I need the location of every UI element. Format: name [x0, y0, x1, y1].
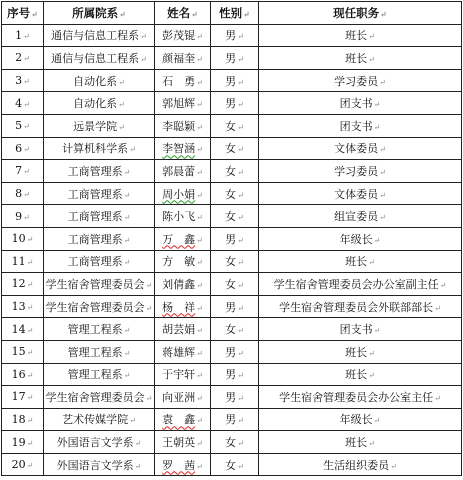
cell-name-text: 罗 茜 — [162, 459, 195, 472]
cell-no-text: 11 — [12, 255, 26, 268]
cell-dept-text: 工商管理系 — [68, 210, 123, 223]
cell-name: 袁 鑫↵ — [155, 408, 211, 431]
cell-name: 方 敏↵ — [155, 250, 211, 273]
paragraph-mark-icon: ↵ — [374, 326, 381, 335]
paragraph-mark-icon: ↵ — [237, 304, 244, 313]
cell-gender-text: 男 — [225, 368, 236, 381]
cell-dept: 计算机科学系↵ — [44, 137, 155, 160]
cell-name: 蒋雄辉↵ — [155, 340, 211, 363]
cell-position: 年级长↵ — [259, 227, 462, 250]
paragraph-mark-icon: ↵ — [27, 348, 34, 357]
paragraph-mark-icon: ↵ — [27, 235, 34, 244]
cell-position: 班长↵ — [259, 250, 462, 273]
cell-dept-text: 工商管理系 — [68, 165, 123, 178]
cell-position-text: 年级长 — [340, 413, 373, 426]
paragraph-mark-icon: ↵ — [196, 55, 203, 64]
cell-name-text: 胡芸娟 — [162, 323, 195, 336]
paragraph-mark-icon: ↵ — [237, 145, 244, 154]
cell-name-text: 周小娟 — [162, 188, 195, 201]
paragraph-mark-icon: ↵ — [135, 439, 142, 448]
paragraph-mark-icon: ↵ — [124, 258, 131, 267]
cell-no: 14↵ — [2, 318, 44, 341]
cell-dept-text: 管理工程系 — [68, 368, 123, 381]
paragraph-mark-icon: ↵ — [27, 258, 34, 267]
paragraph-mark-icon: ↵ — [196, 304, 203, 313]
table-row: 13↵学生宿舍管理委员会↵杨 祥↵男↵学生宿舍管理委员会外联部部长↵ — [2, 295, 462, 318]
cell-gender: 女↵ — [211, 250, 259, 273]
cell-dept-text: 工商管理系 — [68, 255, 123, 268]
paragraph-mark-icon: ↵ — [237, 394, 244, 403]
cell-gender: 女↵ — [211, 137, 259, 160]
cell-position-text: 班长 — [345, 368, 367, 381]
cell-position-text: 年级长 — [340, 233, 373, 246]
cell-position: 文体委员↵ — [259, 137, 462, 160]
cell-no-text: 19 — [12, 436, 26, 449]
cell-position-text: 学生宿舍管理委员会办公室副主任 — [274, 278, 439, 291]
cell-no: 19↵ — [2, 431, 44, 454]
cell-dept: 外国语言文学系↵ — [44, 431, 155, 454]
cell-name: 于宇轩↵ — [155, 363, 211, 386]
paragraph-mark-icon: ↵ — [368, 439, 375, 448]
paragraph-mark-icon: ↵ — [129, 416, 136, 425]
paragraph-mark-icon: ↵ — [118, 123, 125, 132]
paragraph-mark-icon: ↵ — [196, 349, 203, 358]
cell-no: 12↵ — [2, 273, 44, 296]
paragraph-mark-icon: ↵ — [196, 439, 203, 448]
cell-name: 向亚洲↵ — [155, 386, 211, 409]
cell-name: 李智涵↵ — [155, 137, 211, 160]
cell-dept-text: 学生宿舍管理委员会 — [46, 301, 145, 314]
table-row: 6↵计算机科学系↵李智涵↵女↵文体委员↵ — [2, 137, 462, 160]
table-row: 18↵艺术传媒学院↵袁 鑫↵男↵年级长↵ — [2, 408, 462, 431]
paragraph-mark-icon: ↵ — [196, 145, 203, 154]
paragraph-mark-icon: ↵ — [191, 9, 198, 19]
cell-position: 组宣委员↵ — [259, 205, 462, 228]
cell-dept-text: 计算机科学系 — [62, 142, 128, 155]
cell-no-text: 9 — [15, 210, 22, 223]
cell-dept-text: 自动化系 — [73, 97, 117, 110]
paragraph-mark-icon: ↵ — [23, 167, 30, 176]
cell-name: 杨 祥↵ — [155, 295, 211, 318]
header-dept: 所属院系↵ — [44, 2, 155, 25]
cell-no: 3↵ — [2, 69, 44, 92]
cell-gender-text: 男 — [225, 52, 236, 65]
cell-name-text: 颜福奎 — [162, 52, 195, 65]
paragraph-mark-icon: ↵ — [237, 416, 244, 425]
paragraph-mark-icon: ↵ — [196, 213, 203, 222]
cell-no: 9↵ — [2, 205, 44, 228]
paragraph-mark-icon: ↵ — [196, 123, 203, 132]
paragraph-mark-icon: ↵ — [237, 236, 244, 245]
cell-position-text: 班长 — [345, 255, 367, 268]
cell-dept: 管理工程系↵ — [44, 363, 155, 386]
cell-name-text: 袁 鑫 — [162, 413, 195, 426]
paragraph-mark-icon: ↵ — [119, 9, 126, 19]
student-officers-table: 序号↵ 所属院系↵ 姓名↵ 性别↵ 现任职务↵ 1↵通信与信息工程系↵彭茂锟↵男… — [1, 1, 462, 476]
cell-no-text: 15 — [12, 345, 26, 358]
paragraph-mark-icon: ↵ — [124, 191, 131, 200]
cell-position-text: 文体委员 — [334, 142, 378, 155]
paragraph-mark-icon: ↵ — [243, 9, 250, 19]
paragraph-mark-icon: ↵ — [23, 77, 30, 86]
cell-gender: 男↵ — [211, 386, 259, 409]
cell-no-text: 10 — [12, 232, 26, 245]
cell-gender-text: 女 — [225, 255, 236, 268]
paragraph-mark-icon: ↵ — [27, 393, 34, 402]
cell-dept-text: 外国语言文学系 — [57, 436, 134, 449]
cell-dept: 自动化系↵ — [44, 92, 155, 115]
cell-no: 10↵ — [2, 227, 44, 250]
cell-no: 2↵ — [2, 47, 44, 70]
cell-position: 班长↵ — [259, 340, 462, 363]
cell-gender: 男↵ — [211, 47, 259, 70]
cell-dept-text: 艺术传媒学院 — [62, 413, 128, 426]
cell-position-text: 生活组织委员 — [323, 459, 389, 472]
cell-name: 万 鑫↵ — [155, 227, 211, 250]
cell-position: 文体委员↵ — [259, 182, 462, 205]
paragraph-mark-icon: ↵ — [380, 9, 387, 19]
cell-name-text: 万 鑫 — [162, 233, 195, 246]
cell-position-text: 团支书 — [340, 323, 373, 336]
cell-name: 王朝英↵ — [155, 431, 211, 454]
paragraph-mark-icon: ↵ — [196, 326, 203, 335]
paragraph-mark-icon: ↵ — [196, 191, 203, 200]
paragraph-mark-icon: ↵ — [237, 123, 244, 132]
cell-position-text: 班长 — [345, 52, 367, 65]
cell-name-text: 李聪颖 — [162, 120, 195, 133]
cell-name-text: 方 敏 — [162, 255, 195, 268]
paragraph-mark-icon: ↵ — [196, 371, 203, 380]
table-row: 3↵自动化系↵石 勇↵男↵学习委员↵ — [2, 69, 462, 92]
cell-no: 5↵ — [2, 114, 44, 137]
table-row: 19↵外国语言文学系↵王朝英↵女↵班长↵ — [2, 431, 462, 454]
cell-no: 15↵ — [2, 340, 44, 363]
table-row: 20↵外国语言文学系↵罗 茜↵女↵生活组织委员↵ — [2, 453, 462, 476]
table-row: 8↵工商管理系↵周小娟↵女↵文体委员↵ — [2, 182, 462, 205]
cell-dept: 工商管理系↵ — [44, 227, 155, 250]
paragraph-mark-icon: ↵ — [237, 78, 244, 87]
cell-no: 8↵ — [2, 182, 44, 205]
paragraph-mark-icon: ↵ — [237, 371, 244, 380]
header-row: 序号↵ 所属院系↵ 姓名↵ 性别↵ 现任职务↵ — [2, 2, 462, 25]
cell-gender-text: 男 — [225, 413, 236, 426]
paragraph-mark-icon: ↵ — [237, 191, 244, 200]
cell-gender-text: 男 — [225, 346, 236, 359]
paragraph-mark-icon: ↵ — [379, 191, 386, 200]
paragraph-mark-icon: ↵ — [146, 304, 153, 313]
cell-dept: 工商管理系↵ — [44, 250, 155, 273]
paragraph-mark-icon: ↵ — [379, 145, 386, 154]
cell-position-text: 学生宿舍管理委员会外联部部长 — [279, 301, 433, 314]
cell-name: 李聪颖↵ — [155, 114, 211, 137]
paragraph-mark-icon: ↵ — [374, 416, 381, 425]
table-row: 16↵管理工程系↵于宇轩↵男↵班长↵ — [2, 363, 462, 386]
cell-position-text: 学习委员 — [334, 75, 378, 88]
paragraph-mark-icon: ↵ — [140, 55, 147, 64]
cell-dept: 管理工程系↵ — [44, 340, 155, 363]
cell-dept: 工商管理系↵ — [44, 182, 155, 205]
cell-name-text: 蒋雄辉 — [162, 346, 195, 359]
cell-no-text: 3 — [15, 74, 22, 87]
paragraph-mark-icon: ↵ — [27, 371, 34, 380]
cell-gender: 男↵ — [211, 363, 259, 386]
cell-no-text: 2 — [15, 51, 22, 64]
cell-no-text: 7 — [15, 164, 22, 177]
paragraph-mark-icon: ↵ — [368, 349, 375, 358]
cell-gender-text: 男 — [225, 301, 236, 314]
paragraph-mark-icon: ↵ — [124, 213, 131, 222]
paragraph-mark-icon: ↵ — [196, 258, 203, 267]
cell-no-text: 12 — [12, 277, 26, 290]
paragraph-mark-icon: ↵ — [379, 213, 386, 222]
paragraph-mark-icon: ↵ — [379, 168, 386, 177]
cell-dept-text: 通信与信息工程系 — [51, 52, 139, 65]
paragraph-mark-icon: ↵ — [27, 280, 34, 289]
cell-no: 4↵ — [2, 92, 44, 115]
cell-dept: 学生宿舍管理委员会↵ — [44, 273, 155, 296]
paragraph-mark-icon: ↵ — [124, 371, 131, 380]
cell-dept: 学生宿舍管理委员会↵ — [44, 386, 155, 409]
paragraph-mark-icon: ↵ — [118, 100, 125, 109]
paragraph-mark-icon: ↵ — [124, 168, 131, 177]
paragraph-mark-icon: ↵ — [129, 145, 136, 154]
cell-name-text: 陈小飞 — [162, 210, 195, 223]
cell-no-text: 20 — [12, 458, 26, 471]
cell-dept-text: 自动化系 — [73, 75, 117, 88]
cell-dept: 学生宿舍管理委员会↵ — [44, 295, 155, 318]
paragraph-mark-icon: ↵ — [434, 394, 441, 403]
cell-gender: 男↵ — [211, 69, 259, 92]
paragraph-mark-icon: ↵ — [23, 32, 30, 41]
cell-dept-text: 学生宿舍管理委员会 — [46, 278, 145, 291]
cell-position-text: 团支书 — [340, 120, 373, 133]
table-row: 1↵通信与信息工程系↵彭茂锟↵男↵班长↵ — [2, 24, 462, 47]
table-row: 15↵管理工程系↵蒋雄辉↵男↵班长↵ — [2, 340, 462, 363]
paragraph-mark-icon: ↵ — [124, 349, 131, 358]
cell-name-text: 石 勇 — [162, 75, 195, 88]
cell-dept-text: 学生宿舍管理委员会 — [46, 391, 145, 404]
cell-name: 胡芸娟↵ — [155, 318, 211, 341]
cell-gender-text: 男 — [225, 29, 236, 42]
paragraph-mark-icon: ↵ — [23, 190, 30, 199]
cell-no: 6↵ — [2, 137, 44, 160]
cell-position-text: 组宣委员 — [334, 210, 378, 223]
cell-name: 周小娟↵ — [155, 182, 211, 205]
header-position: 现任职务↵ — [259, 2, 462, 25]
cell-gender-text: 女 — [225, 165, 236, 178]
cell-gender-text: 女 — [225, 459, 236, 472]
cell-position: 班长↵ — [259, 431, 462, 454]
cell-gender-text: 男 — [225, 391, 236, 404]
cell-position-text: 文体委员 — [334, 188, 378, 201]
cell-gender-text: 女 — [225, 436, 236, 449]
paragraph-mark-icon: ↵ — [196, 416, 203, 425]
paragraph-mark-icon: ↵ — [27, 416, 34, 425]
paragraph-mark-icon: ↵ — [27, 439, 34, 448]
paragraph-mark-icon: ↵ — [237, 213, 244, 222]
cell-no-text: 1 — [15, 29, 22, 42]
paragraph-mark-icon: ↵ — [196, 100, 203, 109]
cell-gender: 女↵ — [211, 114, 259, 137]
cell-gender: 男↵ — [211, 24, 259, 47]
paragraph-mark-icon: ↵ — [135, 462, 142, 471]
paragraph-mark-icon: ↵ — [140, 32, 147, 41]
paragraph-mark-icon: ↵ — [27, 303, 34, 312]
cell-gender-text: 女 — [225, 278, 236, 291]
cell-no: 13↵ — [2, 295, 44, 318]
cell-no: 18↵ — [2, 408, 44, 431]
cell-gender-text: 女 — [225, 142, 236, 155]
cell-gender: 女↵ — [211, 273, 259, 296]
paragraph-mark-icon: ↵ — [237, 326, 244, 335]
cell-position-text: 班长 — [345, 29, 367, 42]
cell-name-text: 王朝英 — [162, 436, 195, 449]
cell-name-text: 刘倩鑫 — [162, 278, 195, 291]
cell-gender: 女↵ — [211, 431, 259, 454]
table-row: 4↵自动化系↵郭旭辉↵男↵团支书↵ — [2, 92, 462, 115]
table-row: 5↵远景学院↵李聪颖↵女↵团支书↵ — [2, 114, 462, 137]
cell-name: 陈小飞↵ — [155, 205, 211, 228]
paragraph-mark-icon: ↵ — [434, 304, 441, 313]
paragraph-mark-icon: ↵ — [23, 54, 30, 63]
paragraph-mark-icon: ↵ — [237, 462, 244, 471]
table-row: 9↵工商管理系↵陈小飞↵女↵组宣委员↵ — [2, 205, 462, 228]
cell-gender: 男↵ — [211, 92, 259, 115]
cell-dept-text: 远景学院 — [73, 120, 117, 133]
cell-position: 班长↵ — [259, 363, 462, 386]
cell-no-text: 13 — [12, 300, 26, 313]
paragraph-mark-icon: ↵ — [237, 349, 244, 358]
paragraph-mark-icon: ↵ — [146, 281, 153, 290]
cell-name-text: 彭茂锟 — [162, 29, 195, 42]
cell-name: 郭晨蕾↵ — [155, 160, 211, 183]
cell-position: 团支书↵ — [259, 114, 462, 137]
paragraph-mark-icon: ↵ — [237, 439, 244, 448]
cell-dept: 管理工程系↵ — [44, 318, 155, 341]
table-row: 10↵工商管理系↵万 鑫↵男↵年级长↵ — [2, 227, 462, 250]
paragraph-mark-icon: ↵ — [237, 32, 244, 41]
cell-no-text: 5 — [15, 119, 22, 132]
paragraph-mark-icon: ↵ — [440, 281, 447, 290]
cell-position: 生活组织委员↵ — [259, 453, 462, 476]
paragraph-mark-icon: ↵ — [196, 281, 203, 290]
cell-no-text: 4 — [15, 97, 22, 110]
paragraph-mark-icon: ↵ — [368, 32, 375, 41]
cell-position: 年级长↵ — [259, 408, 462, 431]
paragraph-mark-icon: ↵ — [196, 394, 203, 403]
cell-gender: 男↵ — [211, 227, 259, 250]
paragraph-mark-icon: ↵ — [237, 100, 244, 109]
cell-name: 石 勇↵ — [155, 69, 211, 92]
paragraph-mark-icon: ↵ — [379, 78, 386, 87]
cell-name: 颜福奎↵ — [155, 47, 211, 70]
table-row: 17↵学生宿舍管理委员会↵向亚洲↵男↵学生宿舍管理委员会办公室主任↵ — [2, 386, 462, 409]
paragraph-mark-icon: ↵ — [124, 236, 131, 245]
cell-no-text: 6 — [15, 142, 22, 155]
cell-position: 学习委员↵ — [259, 160, 462, 183]
cell-name: 罗 茜↵ — [155, 453, 211, 476]
cell-dept-text: 通信与信息工程系 — [51, 29, 139, 42]
paragraph-mark-icon: ↵ — [27, 326, 34, 335]
table-row: 14↵管理工程系↵胡芸娟↵女↵团支书↵ — [2, 318, 462, 341]
cell-gender-text: 男 — [225, 75, 236, 88]
cell-no: 16↵ — [2, 363, 44, 386]
paragraph-mark-icon: ↵ — [196, 236, 203, 245]
paragraph-mark-icon: ↵ — [237, 168, 244, 177]
paragraph-mark-icon: ↵ — [390, 462, 397, 471]
cell-no: 17↵ — [2, 386, 44, 409]
paragraph-mark-icon: ↵ — [237, 258, 244, 267]
cell-no-text: 8 — [15, 187, 22, 200]
header-name: 姓名↵ — [155, 2, 211, 25]
cell-position-text: 班长 — [345, 436, 367, 449]
cell-no-text: 17 — [12, 390, 26, 403]
cell-gender: 男↵ — [211, 340, 259, 363]
paragraph-mark-icon: ↵ — [196, 32, 203, 41]
cell-name-text: 向亚洲 — [162, 391, 195, 404]
paragraph-mark-icon: ↵ — [196, 168, 203, 177]
cell-position-text: 学习委员 — [334, 165, 378, 178]
cell-no-text: 14 — [12, 323, 26, 336]
paragraph-mark-icon: ↵ — [196, 78, 203, 87]
header-no: 序号↵ — [2, 2, 44, 25]
cell-dept-text: 管理工程系 — [68, 346, 123, 359]
cell-name: 郭旭辉↵ — [155, 92, 211, 115]
cell-gender-text: 女 — [225, 210, 236, 223]
cell-position-text: 团支书 — [340, 97, 373, 110]
cell-dept: 工商管理系↵ — [44, 160, 155, 183]
cell-gender: 男↵ — [211, 408, 259, 431]
paragraph-mark-icon: ↵ — [374, 123, 381, 132]
cell-dept: 工商管理系↵ — [44, 205, 155, 228]
cell-dept-text: 工商管理系 — [68, 188, 123, 201]
table-row: 2↵通信与信息工程系↵颜福奎↵男↵班长↵ — [2, 47, 462, 70]
cell-dept: 通信与信息工程系↵ — [44, 24, 155, 47]
cell-gender: 女↵ — [211, 453, 259, 476]
cell-no-text: 16 — [12, 368, 26, 381]
cell-dept-text: 外国语言文学系 — [57, 459, 134, 472]
cell-gender-text: 女 — [225, 188, 236, 201]
paragraph-mark-icon: ↵ — [374, 100, 381, 109]
cell-position: 班长↵ — [259, 24, 462, 47]
header-gender: 性别↵ — [211, 2, 259, 25]
cell-gender: 女↵ — [211, 318, 259, 341]
cell-no: 20↵ — [2, 453, 44, 476]
cell-no-text: 18 — [12, 413, 26, 426]
paragraph-mark-icon: ↵ — [118, 78, 125, 87]
paragraph-mark-icon: ↵ — [237, 55, 244, 64]
cell-gender: 女↵ — [211, 182, 259, 205]
paragraph-mark-icon: ↵ — [23, 100, 30, 109]
cell-gender: 女↵ — [211, 205, 259, 228]
cell-name-text: 郭旭辉 — [162, 97, 195, 110]
cell-position: 团支书↵ — [259, 318, 462, 341]
cell-no: 1↵ — [2, 24, 44, 47]
cell-dept: 自动化系↵ — [44, 69, 155, 92]
cell-position: 学生宿舍管理委员会办公室副主任↵ — [259, 273, 462, 296]
cell-gender-text: 男 — [225, 97, 236, 110]
cell-gender-text: 女 — [225, 323, 236, 336]
cell-name-text: 于宇轩 — [162, 368, 195, 381]
table-row: 7↵工商管理系↵郭晨蕾↵女↵学习委员↵ — [2, 160, 462, 183]
cell-position: 团支书↵ — [259, 92, 462, 115]
cell-dept: 外国语言文学系↵ — [44, 453, 155, 476]
paragraph-mark-icon: ↵ — [31, 9, 38, 19]
paragraph-mark-icon: ↵ — [146, 394, 153, 403]
cell-gender: 男↵ — [211, 295, 259, 318]
paragraph-mark-icon: ↵ — [124, 326, 131, 335]
paragraph-mark-icon: ↵ — [196, 462, 203, 471]
